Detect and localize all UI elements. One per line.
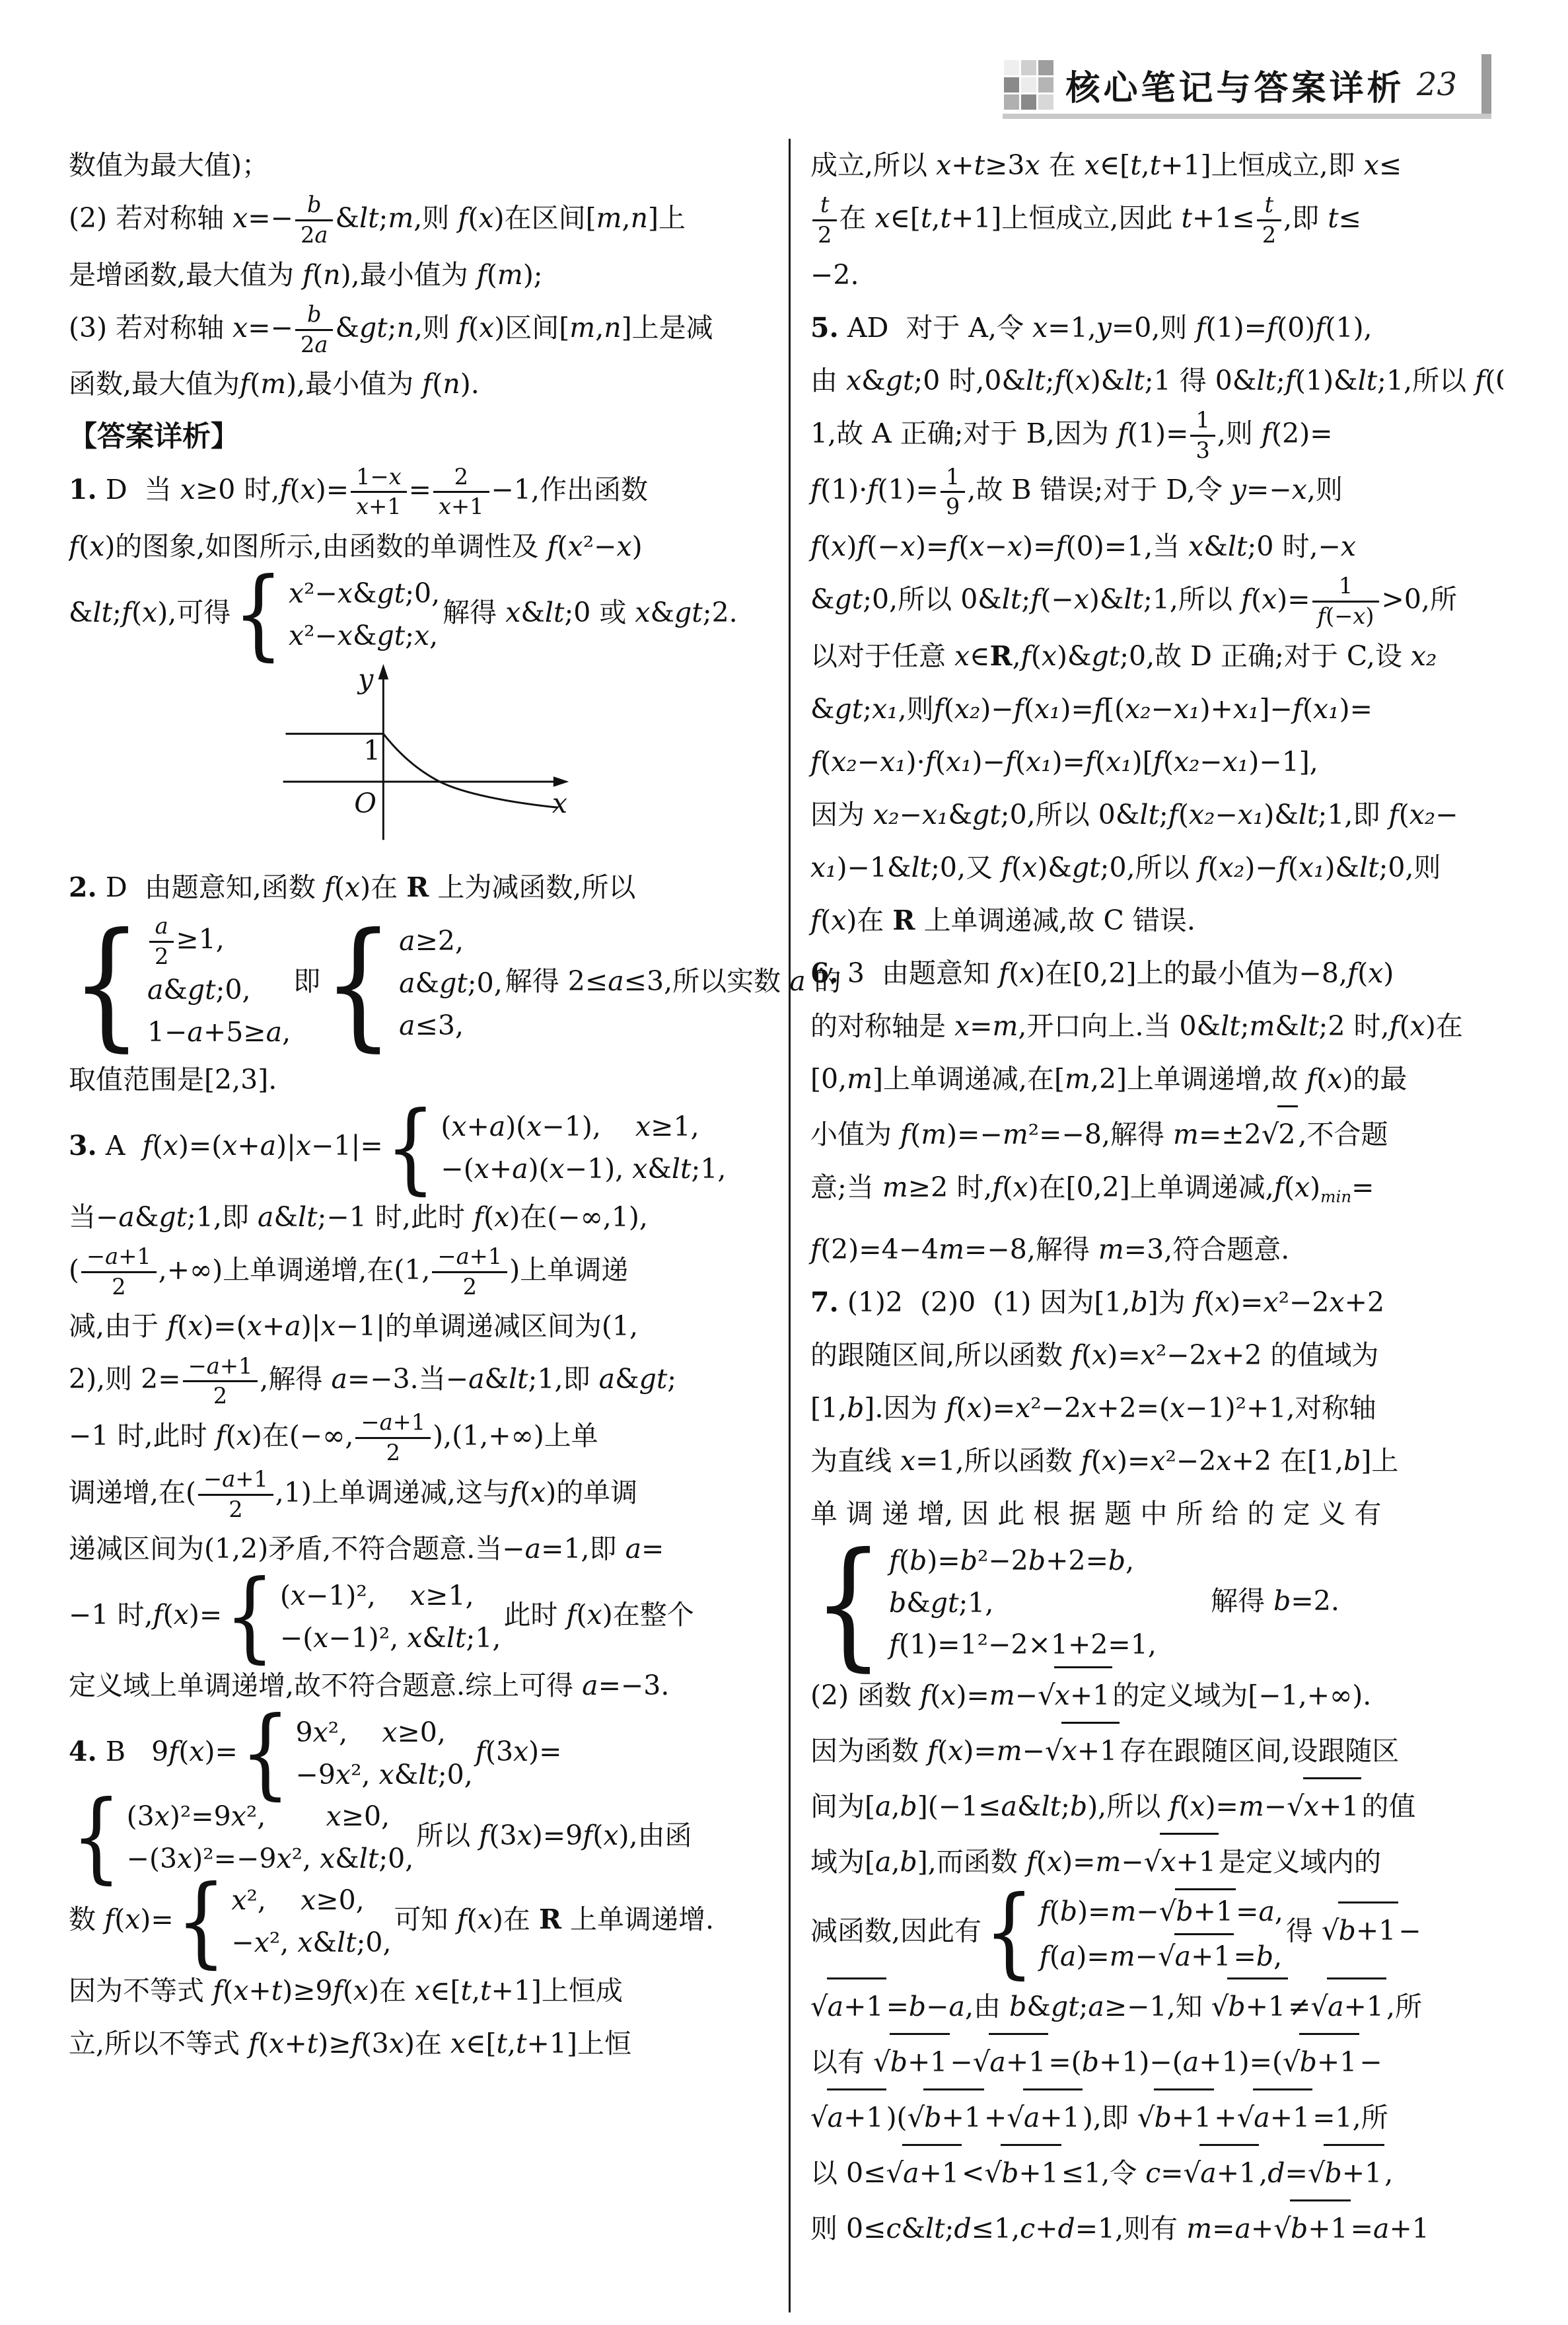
radical: √b+1 xyxy=(1308,2157,1384,2189)
radical: √a+1 xyxy=(1310,1991,1386,2022)
text-line: f(x)的图象,如图所示,由函数的单调性及 f(x²−x) xyxy=(69,520,782,573)
fraction: b2a xyxy=(295,302,333,357)
header-square-icon xyxy=(1021,60,1036,75)
radical: √x+1 xyxy=(1144,1846,1219,1878)
radical: √b+1 xyxy=(984,2157,1061,2189)
radical: √a+1 xyxy=(1237,2102,1313,2133)
page-number: 23 xyxy=(1417,66,1457,103)
text-line: 的对称轴是 x=m,开口向上.当 0&lt;m&lt;2 时,f(x)在 xyxy=(810,1000,1503,1052)
text-line: f(x₂−x₁)·f(x₁)−f(x₁)=f(x₁)[f(x₂−x₁)−1], xyxy=(810,735,1503,788)
radical: √b+1 xyxy=(1211,1991,1288,2022)
text-line: (−a+12,+∞)上单调递增,在(1,−a+12)上单调递 xyxy=(69,1243,782,1300)
radical: √a+1 xyxy=(810,1991,886,2022)
text-line: 1,故 A 正确;对于 B,因为 f(1)=13,则 f(2)= xyxy=(810,407,1503,464)
text-line: [0,m]上单调递减,在[m,2]上单调递增,故 f(x)的最 xyxy=(810,1052,1503,1105)
header-square-icon xyxy=(1004,94,1019,110)
header-right-bar-icon xyxy=(1481,54,1491,114)
radical: √a+1 xyxy=(1007,2102,1083,2133)
header-square-icon xyxy=(1004,77,1019,92)
text-line: 3. A f(x)=(x+a)|x−1|={(x+a)(x−1), x≥1,−(… xyxy=(69,1106,782,1190)
text-line: 小值为 f(m)=−m²=−8,解得 m=±2√2,不合题 xyxy=(810,1105,1503,1161)
radical: √b+1 xyxy=(1137,2102,1214,2133)
y-axis-arrow-icon xyxy=(378,664,389,679)
header-square-icon xyxy=(1038,77,1053,92)
text-line: (2) 函数 f(x)=m−√x+1的定义域为[−1,+∞). xyxy=(810,1666,1503,1722)
text-line: (3) 若对称轴 x=−b2a&gt;n,则 f(x)区间[m,n]上是减 xyxy=(69,301,782,358)
text-line: 函数,最大值为f(m),最小值为 f(n). xyxy=(69,357,782,410)
text-line: 以 0≤√a+1<√b+1≤1,令 c=√a+1,d=√b+1, xyxy=(810,2144,1503,2199)
text-line: 意;当 m≥2 时,f(x)在[0,2]上单调递减,f(x)min= xyxy=(810,1161,1503,1224)
header-square-icon xyxy=(1021,77,1036,92)
fraction: 1−xx+1 xyxy=(351,464,407,520)
text-line: 成立,所以 x+t≥3x 在 x∈[t,t+1]上恒成立,即 x≤ xyxy=(810,139,1503,192)
text-line: {a2≥1,a&gt;0,1−a+5≥a,即{a≥2,a&gt;0,a≤3,解得… xyxy=(69,914,782,1053)
y-tick-label: 1 xyxy=(363,735,380,766)
section-heading: 【答案详析】 xyxy=(69,410,782,463)
text-line: 域为[a,b],而函数 f(x)=m−√x+1是定义域内的 xyxy=(810,1833,1503,1888)
text-line: √a+1=b−a,由 b&gt;a≥−1,知 √b+1≠√a+1,所 xyxy=(810,1977,1503,2033)
cases-brace: {f(b)=b²−2b+2=b,b&gt;1,f(1)=1²−2×1+2=1, xyxy=(813,1540,1157,1666)
text-line: √a+1)(√b+1+√a+1),即 √b+1+√a+1=1,所 xyxy=(810,2088,1503,2144)
text-line: f(x)f(−x)=f(x−x)=f(0)=1,当 x&lt;0 时,−x xyxy=(810,520,1503,573)
origin-label: O xyxy=(354,788,376,819)
text-line: −1 时,f(x)={(x−1)², x≥1,−(x−1)², x&lt;1,此… xyxy=(69,1575,782,1659)
fraction: −a+12 xyxy=(183,1354,258,1409)
text-line: 减,由于 f(x)=(x+a)|x−1|的单调递减区间为(1, xyxy=(69,1300,782,1352)
fraction: 13 xyxy=(1190,408,1215,463)
cases-brace: {a2≥1,a&gt;0,1−a+5≥a, xyxy=(71,914,291,1053)
text-line: &gt;x₁,则f(x₂)−f(x₁)=f[(x₂−x₁)+x₁]−f(x₁)= xyxy=(810,683,1503,735)
fraction: 2x+1 xyxy=(433,464,489,520)
radical: √x+1 xyxy=(1045,1735,1120,1767)
cases-brace: {(x+a)(x−1), x≥1,−(x+a)(x−1), x&lt;1, xyxy=(386,1106,727,1190)
text-line: 1. D 当 x≥0 时,f(x)=1−xx+1=2x+1−1,作出函数 xyxy=(69,463,782,520)
text-line: 由 x&gt;0 时,0&lt;f(x)&lt;1 得 0&lt;f(1)&lt… xyxy=(810,354,1503,407)
text-line: 2. D 由题意知,函数 f(x)在 R 上为减函数,所以 xyxy=(69,861,782,914)
header-square-icon xyxy=(1021,94,1036,110)
text-line: f(1)·f(1)=19,故 B 错误;对于 D,令 y=−x,则 xyxy=(810,463,1503,520)
text-line: 7. (1)2 (2)0 (1) 因为[1,b]为 f(x)=x²−2x+2 xyxy=(810,1276,1503,1329)
text-line: 立,所以不等式 f(x+t)≥f(3x)在 x∈[t,t+1]上恒 xyxy=(69,2017,782,2070)
text-line: 为直线 x=1,所以函数 f(x)=x²−2x+2 在[1,b]上 xyxy=(810,1434,1503,1487)
text-line: 2),则 2=−a+12,解得 a=−3.当−a&lt;1,即 a&gt; xyxy=(69,1352,782,1409)
content-columns: 数值为最大值)；(2) 若对称轴 x=−b2a&lt;m,则 f(x)在区间[m… xyxy=(69,139,1503,2312)
left-column: 数值为最大值)；(2) 若对称轴 x=−b2a&lt;m,则 f(x)在区间[m… xyxy=(69,139,789,2312)
fraction: t2 xyxy=(1257,192,1281,248)
text-line: t2在 x∈[t,t+1]上恒成立,因此 t+1≤t2,即 t≤ xyxy=(810,192,1503,248)
radical: √a+1 xyxy=(973,2046,1049,2078)
radical: √a+1 xyxy=(1184,2157,1260,2189)
header-decoration-grid xyxy=(1004,60,1053,110)
text-line: 以对于任意 x∈R,f(x)&gt;0,故 D 正确;对于 C,设 x₂ xyxy=(810,630,1503,683)
radical: √b+1 xyxy=(908,2102,984,2133)
radical: √a+1 xyxy=(886,2157,962,2189)
radical: √b+1 xyxy=(873,2046,950,2078)
text-line: 因为函数 f(x)=m−√x+1存在跟随区间,设跟随区 xyxy=(810,1722,1503,1777)
text-line: 因为 x₂−x₁&gt;0,所以 0&lt;f(x₂−x₁)&lt;1,即 f(… xyxy=(810,788,1503,841)
text-line: f(x)在 R 上单调递减,故 C 错误. xyxy=(810,894,1503,947)
text-line: &lt;f(x),可得{x²−x&gt;0,x²−x&gt;x,解得 x&lt;… xyxy=(69,573,782,657)
text-line: 减函数,因此有{f(b)=m−√b+1=a,f(a)=m−√a+1=b,得 √b… xyxy=(810,1888,1503,1978)
cases-brace: {9x², x≥0,−9x², x&lt;0, xyxy=(240,1712,473,1796)
header-square-icon xyxy=(1004,60,1019,75)
text-line: x₁)−1&lt;0,又 f(x)&gt;0,所以 f(x₂)−f(x₁)&lt… xyxy=(810,841,1503,894)
text-line: &gt;0,所以 0&lt;f(−x)&lt;1,所以 f(x)=1f(−x)>… xyxy=(810,573,1503,630)
fraction: −a+12 xyxy=(81,1244,157,1300)
cases-brace: {x²−x&gt;0,x²−x&gt;x, xyxy=(233,573,440,657)
cases-brace: {a≥2,a&gt;0,a≤3, xyxy=(323,920,503,1047)
radical: √b+1 xyxy=(1322,1915,1398,1946)
fraction: −a+12 xyxy=(198,1467,273,1522)
text-line: 定义域上单调递增,故不符合题意.综上可得 a=−3. xyxy=(69,1659,782,1712)
header-square-icon xyxy=(1038,94,1053,110)
text-line: 则 0≤c&lt;d≤1,c+d=1,则有 m=a+√b+1=a+1 xyxy=(810,2199,1503,2255)
cases-brace: {x², x≥0,−x², x&lt;0, xyxy=(176,1880,392,1964)
text-line: 是增函数,最大值为 f(n),最小值为 f(m); xyxy=(69,248,782,301)
radical: √a+1 xyxy=(810,2102,886,2133)
text-line: 5. AD 对于 A,令 x=1,y=0,则 f(1)=f(0)f(1), xyxy=(810,301,1503,354)
text-line: {f(b)=b²−2b+2=b,b&gt;1,f(1)=1²−2×1+2=1, … xyxy=(810,1540,1503,1666)
radical: √x+1 xyxy=(1038,1679,1112,1711)
function-graph-figure: y x O 1 xyxy=(270,659,581,854)
cases-brace: {f(b)=m−√b+1=a,f(a)=m−√a+1=b, xyxy=(984,1888,1283,1978)
text-line: 数 f(x)={x², x≥0,−x², x&lt;0,可知 f(x)在 R 上… xyxy=(69,1880,782,1964)
radical: √b+1 xyxy=(1273,2213,1350,2244)
right-column: 成立,所以 x+t≥3x 在 x∈[t,t+1]上恒成立,即 x≤t2在 x∈[… xyxy=(789,139,1503,2312)
fraction: 1f(−x) xyxy=(1312,573,1380,629)
radical: √a+1 xyxy=(1158,1940,1234,1972)
fraction: 19 xyxy=(941,464,965,520)
header-square-icon xyxy=(1038,60,1053,75)
text-line: 调递增,在(−a+12,1)上单调递减,这与f(x)的单调 xyxy=(69,1466,782,1523)
radical: √2 xyxy=(1262,1119,1299,1150)
text-line: 的跟随区间,所以函数 f(x)=x²−2x+2 的值域为 xyxy=(810,1329,1503,1382)
x-axis-label: x xyxy=(552,788,567,819)
page-title: 核心笔记与答案详析 xyxy=(1053,60,1417,110)
text-line: 6. 3 由题意知 f(x)在[0,2]上的最小值为−8,f(x) xyxy=(810,947,1503,1000)
radical: √b+1 xyxy=(1159,1896,1236,1927)
fraction: −a+12 xyxy=(432,1244,507,1300)
fraction: −a+12 xyxy=(355,1410,431,1465)
text-line: 间为[a,b](−1≤a&lt;b),所以 f(x)=m−√x+1的值 xyxy=(810,1777,1503,1833)
fraction: b2a xyxy=(295,192,333,248)
radical: √b+1 xyxy=(1283,2046,1359,2078)
text-line: f(2)=4−4m=−8,解得 m=3,符合题意. xyxy=(810,1223,1503,1276)
text-line: −2. xyxy=(810,248,1503,301)
cases-brace: {(x−1)², x≥1,−(x−1)², x&lt;1, xyxy=(225,1575,501,1659)
x-axis-arrow-icon xyxy=(553,776,569,787)
y-axis-label: y xyxy=(357,663,374,695)
text-line: −1 时,此时 f(x)在(−∞,−a+12),(1,+∞)上单 xyxy=(69,1409,782,1466)
text-line: 数值为最大值)； xyxy=(69,139,782,192)
graph-svg: y x O 1 xyxy=(270,659,581,848)
text-line: 以有 √b+1−√a+1=(b+1)−(a+1)=(√b+1− xyxy=(810,2033,1503,2088)
fraction: a2 xyxy=(149,914,174,969)
text-line: [1,b].因为 f(x)=x²−2x+2=(x−1)²+1,对称轴 xyxy=(810,1382,1503,1434)
radical: √x+1 xyxy=(1287,1790,1361,1822)
text-line: 单 调 递 增, 因 此 根 据 题 中 所 给 的 定 义 有 xyxy=(810,1487,1503,1540)
page-header: 核心笔记与答案详析 23 xyxy=(1003,55,1491,119)
curve xyxy=(383,734,557,808)
text-line: 递减区间为(1,2)矛盾,不符合题意.当−a=1,即 a= xyxy=(69,1522,782,1575)
text-line: 4. B 9f(x)={9x², x≥0,−9x², x&lt;0,f(3x)= xyxy=(69,1712,782,1796)
text-line: (2) 若对称轴 x=−b2a&lt;m,则 f(x)在区间[m,n]上 xyxy=(69,192,782,248)
fraction: t2 xyxy=(812,192,837,248)
